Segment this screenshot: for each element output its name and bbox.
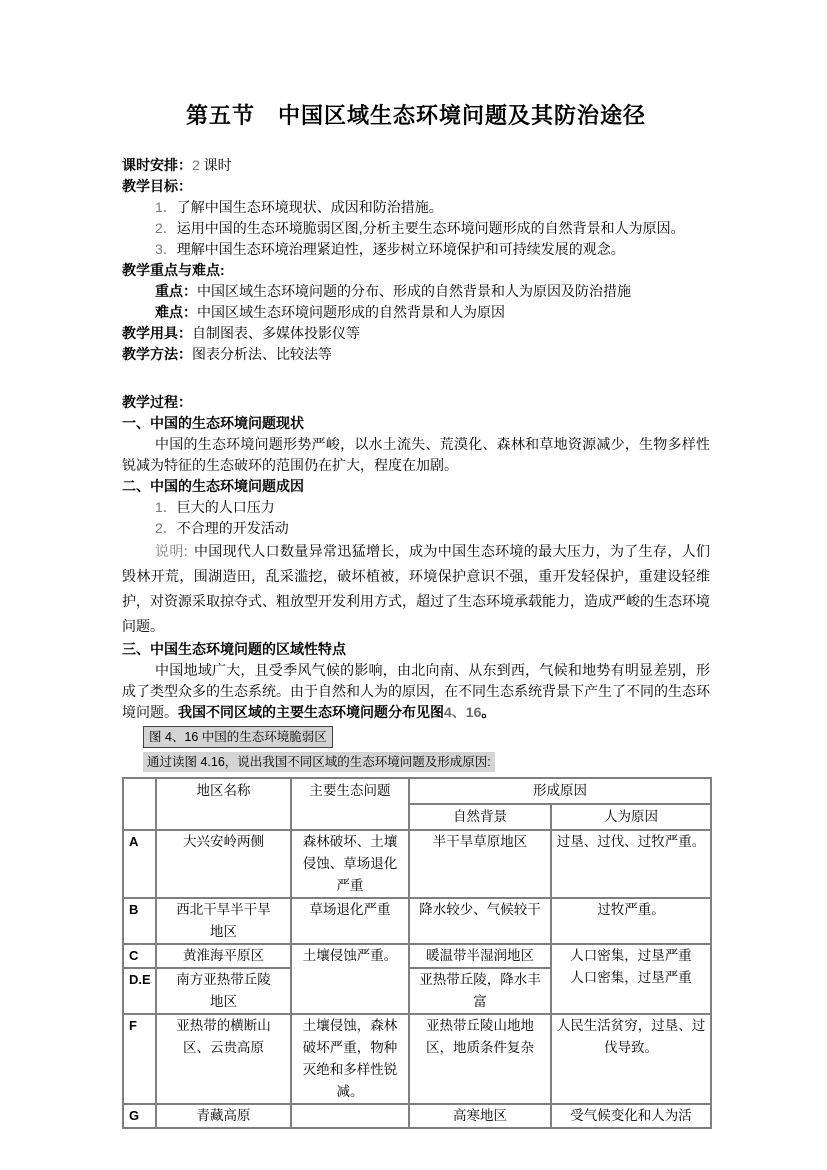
line-teaching-tools: 教学用具：自制图表、多媒体投影仪等: [122, 323, 710, 344]
cell-natural-C: 暖温带半湿润地区: [409, 944, 551, 968]
cell-letter-G: G: [123, 1104, 156, 1128]
goal-item-1-number: 1．: [155, 199, 177, 215]
cell-header-region: 地区名称: [156, 778, 291, 830]
line-class-hours: 课时安排：2 课时: [122, 155, 710, 176]
figure-prompt-row: 通过读图 4.16，说出我国不同区域的生态环境问题及形成原因:: [143, 752, 710, 772]
goal-item-3-text: 理解中国生态环境治理紧迫性，逐步树立环境保护和可持续发展的观念。: [177, 241, 625, 257]
teaching-tools-label: 教学用具：: [122, 325, 192, 341]
note-label: 说明:: [155, 543, 188, 559]
section-2-item-2-text: 不合理的开发活动: [177, 520, 289, 536]
cell-letter-A: A: [123, 830, 156, 898]
cell-human-C-DE-merged: 人口密集，过垦严重 人口密集，过垦严重: [551, 944, 711, 1014]
cell-region-DE: 南方亚热带丘陵地区: [156, 968, 291, 1014]
table-row-C: C 黄淮海平原区 土壤侵蚀严重。 暖温带半湿润地区 人口密集，过垦严重 人口密集…: [123, 944, 711, 968]
cell-human-B: 过牧严重。: [551, 898, 711, 944]
cell-problem-C-DE-merged: 土壤侵蚀严重。: [291, 944, 409, 1014]
heading-section-1: 一、中国的生态环境问题现状: [122, 413, 710, 434]
heading-key-difficult-points: 教学重点与难点:: [122, 260, 710, 281]
cell-header-cause: 形成原因: [409, 778, 711, 804]
cell-human-A: 过垦、过伐、过牧严重。: [551, 830, 711, 898]
section-1-paragraph: 中国的生态环境问题形势严峻，以水土流失、荒漠化、森林和草地资源减少，生物多样性锐…: [122, 434, 710, 476]
difficult-point-label: 难点：: [155, 304, 197, 320]
goal-item-3-number: 3．: [155, 241, 177, 257]
table-row-F: F 亚热带的横断山区、云贵高原 土壤侵蚀，森林破坏严重，物种灭绝和多样性锐减。 …: [123, 1014, 711, 1104]
cell-region-F: 亚热带的横断山区、云贵高原: [156, 1014, 291, 1104]
figure-caption-row: 图 4、16 中国的生态环境脆弱区: [143, 726, 710, 748]
note-text: 中国现代人口数量异常迅猛增长，成为中国生态环境的最大压力，为了生存，人们毁林开荒…: [122, 543, 710, 634]
teaching-methods-label: 教学方法：: [122, 346, 192, 362]
cell-header-human: 人为原因: [551, 804, 711, 830]
goal-item-1-text: 了解中国生态环境现状、成因和防治措施。: [177, 199, 443, 215]
difficult-point-text: 中国区域生态环境问题形成的自然背景和人为原因: [197, 304, 505, 320]
cell-human-C-line: 人口密集，过垦严重: [555, 945, 707, 967]
section-3-text-bold: 我国不同区域的主要生态环境问题分布见图: [178, 704, 444, 720]
figure-caption-box: 图 4、16 中国的生态环境脆弱区: [143, 726, 333, 748]
cell-region-G: 青藏高原: [156, 1104, 291, 1128]
section-2-note-paragraph: 说明:中国现代人口数量异常迅猛增长，成为中国生态环境的最大压力，为了生存，人们毁…: [122, 539, 710, 639]
heading-teaching-goals: 教学目标：: [122, 176, 710, 197]
cell-region-B: 西北干旱半干旱地区: [156, 898, 291, 944]
section-2-item-2-number: 2．: [155, 520, 177, 536]
cell-problem-A: 森林破坏、土壤侵蚀、草场退化严重: [291, 830, 409, 898]
goal-item-1: 1．了解中国生态环境现状、成因和防治措施。: [122, 197, 710, 218]
section-3-text-end: 。: [481, 704, 495, 720]
teaching-methods-text: 图表分析法、比较法等: [192, 346, 332, 362]
cell-problem-B: 草场退化严重: [291, 898, 409, 944]
class-hours-unit: 课时: [200, 157, 232, 173]
cell-header-blank: [123, 778, 156, 830]
class-hours-number: 2: [192, 157, 200, 173]
class-hours-label: 课时安排：: [122, 157, 192, 173]
cell-problem-G-empty: [291, 1104, 409, 1128]
table-row-G: G 青藏高原 高寒地区 受气候变化和人为活: [123, 1104, 711, 1128]
blank-line: [122, 365, 710, 392]
line-teaching-methods: 教学方法：图表分析法、比较法等: [122, 344, 710, 365]
heading-section-3: 三、中国生态环境问题的区域性特点: [122, 639, 710, 660]
goal-item-3: 3．理解中国生态环境治理紧迫性，逐步树立环境保护和可持续发展的观念。: [122, 239, 710, 260]
section-2-item-1-text: 巨大的人口压力: [177, 499, 275, 515]
cell-letter-C: C: [123, 944, 156, 968]
section-2-item-1-number: 1．: [155, 499, 177, 515]
section-3-paragraph: 中国地域广大，且受季风气候的影响，由北向南、从东到西，气候和地势有明显差别，形成…: [122, 660, 710, 723]
figure-prompt-highlight: 通过读图 4.16，说出我国不同区域的生态环境问题及形成原因:: [143, 752, 495, 772]
teaching-tools-text: 自制图表、多媒体投影仪等: [192, 325, 360, 341]
cell-human-DE-line: 人口密集，过垦严重: [555, 967, 707, 989]
cell-natural-B: 降水较少、气候较干: [409, 898, 551, 944]
section-2-item-1: 1．巨大的人口压力: [122, 497, 710, 518]
cell-region-C: 黄淮海平原区: [156, 944, 291, 968]
eco-problems-table: 地区名称 主要生态问题 形成原因 自然背景 人为原因 A 大兴安岭两侧 森林破坏…: [122, 777, 712, 1129]
cell-letter-DE: D.E: [123, 968, 156, 1014]
goal-item-2-number: 2．: [155, 220, 177, 236]
section-3-figure-number: 4、16: [444, 704, 481, 720]
table-header-row-1: 地区名称 主要生态问题 形成原因: [123, 778, 711, 804]
cell-human-G: 受气候变化和人为活: [551, 1104, 711, 1128]
goal-item-2: 2．运用中国的生态环境脆弱区图,分析主要生态环境问题形成的自然背景和人为原因。: [122, 218, 710, 239]
line-difficult-point: 难点：中国区域生态环境问题形成的自然背景和人为原因: [122, 302, 710, 323]
cell-natural-F: 亚热带丘陵山地地区，地质条件复杂: [409, 1014, 551, 1104]
section-2-item-2: 2．不合理的开发活动: [122, 518, 710, 539]
cell-natural-DE: 亚热带丘陵，降水丰富: [409, 968, 551, 1014]
key-point-text: 中国区域生态环境问题的分布、形成的自然背景和人为原因及防治措施: [197, 283, 631, 299]
key-point-label: 重点：: [155, 283, 197, 299]
cell-letter-B: B: [123, 898, 156, 944]
cell-header-problem: 主要生态问题: [291, 778, 409, 830]
table-row-A: A 大兴安岭两侧 森林破坏、土壤侵蚀、草场退化严重 半干旱草原地区 过垦、过伐、…: [123, 830, 711, 898]
document-page: 第五节 中国区域生态环境问题及其防治途径 课时安排：2 课时 教学目标： 1．了…: [0, 0, 827, 1170]
cell-human-F: 人民生活贫穷，过垦、过伐导致。: [551, 1014, 711, 1104]
goal-item-2-text: 运用中国的生态环境脆弱区图,分析主要生态环境问题形成的自然背景和人为原因。: [177, 220, 685, 236]
cell-natural-G: 高寒地区: [409, 1104, 551, 1128]
document-title: 第五节 中国区域生态环境问题及其防治途径: [122, 99, 710, 130]
document-content: 第五节 中国区域生态环境问题及其防治途径 课时安排：2 课时 教学目标： 1．了…: [122, 99, 710, 1129]
heading-teaching-process: 教学过程：: [122, 392, 710, 413]
cell-problem-F: 土壤侵蚀，森林破坏严重，物种灭绝和多样性锐减。: [291, 1014, 409, 1104]
line-key-point: 重点：中国区域生态环境问题的分布、形成的自然背景和人为原因及防治措施: [122, 281, 710, 302]
cell-natural-A: 半干旱草原地区: [409, 830, 551, 898]
table-row-B: B 西北干旱半干旱地区 草场退化严重 降水较少、气候较干 过牧严重。: [123, 898, 711, 944]
cell-region-A: 大兴安岭两侧: [156, 830, 291, 898]
heading-section-2: 二、中国的生态环境问题成因: [122, 476, 710, 497]
cell-header-natural: 自然背景: [409, 804, 551, 830]
cell-letter-F: F: [123, 1014, 156, 1104]
